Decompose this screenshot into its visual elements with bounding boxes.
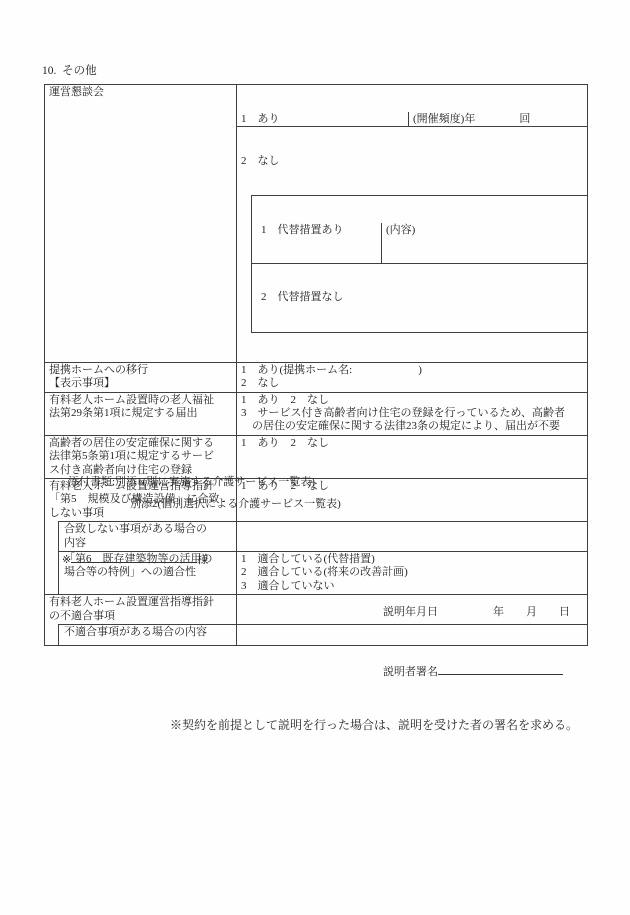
alternative-measure-ari: 1 代替措置あり [252, 223, 381, 263]
council-option-ari-row: 1 あり (開催頻度)年 回 [237, 112, 587, 127]
nonconformity-content-field [237, 625, 587, 645]
indent-strip [45, 521, 59, 594]
contract-footnote: ※契約を前提として説明を行った場合は、説明を受けた者の署名を求める。 [170, 719, 578, 732]
explainer-signature-label: 説明者署名 [383, 666, 438, 678]
council-option-nashi: 2 なし [237, 154, 587, 169]
partner-home-label: 提携ホームへの移行 【表示事項】 [45, 363, 237, 392]
recipient-underline [71, 551, 197, 563]
guideline-nonconformity-label: 有料老人ホーム設置運営指導指針 の不適合事項 [45, 595, 237, 624]
row-senior-housing-registration: 高齢者の居住の安定確保に関する 法律第5条第1項に規定するサービ ス付き高齢者向… [45, 435, 587, 478]
attachments-line2: 別添2(個別選択による介護サービス一覧表) [130, 498, 341, 511]
row-welfare-law-notification: 有料老人ホーム設置時の老人福祉 法第29条第1項に規定する届出 1 あり 2 な… [45, 392, 587, 435]
article6-conformity-options: 1 適合している(代替措置) 2 適合している(将来の改善計画) 3 適合してい… [237, 552, 587, 594]
row-nonconformity-content: 不適合事項がある場合の内容 [59, 624, 587, 645]
senior-housing-options: 1 あり 2 なし [237, 436, 587, 478]
alternative-measures-subtable: 1 代替措置あり (内容) 2 代替措置なし [251, 195, 587, 332]
section-title: 10. その他 [42, 65, 97, 78]
indent-rows: 不適合事項がある場合の内容 [59, 624, 587, 645]
explainer-signature-line: 説明者署名 [383, 663, 563, 679]
alternative-measure-nashi: 2 代替措置なし [252, 291, 587, 305]
alternative-measure-ari-row: 1 代替措置あり (内容) [252, 223, 587, 264]
attachments-line1: 添付書類:別添1(別に実施する介護サービス一覧表) [68, 476, 315, 489]
mismatch-content-field [237, 522, 587, 551]
mismatch-content-label: 合致しない事項がある場合の 内容 [59, 522, 237, 551]
recipient-line: ※様 [62, 551, 208, 567]
row-management-council: 運営懇談会 1 あり (開催頻度)年 回 2 なし 1 代替措置あり (内容) … [45, 85, 587, 362]
welfare-law-label: 有料老人ホーム設置時の老人福祉 法第29条第1項に規定する届出 [45, 393, 237, 435]
welfare-law-options: 1 あり 2 なし 3 サービス付き高齢者向け住宅の登録を行っているため、高齢者… [237, 393, 587, 435]
alternative-measure-content-field: (内容) [381, 223, 587, 263]
council-frequency-field: (開催頻度)年 回 [408, 112, 587, 126]
council-label: 運営懇談会 [45, 85, 237, 362]
senior-housing-label: 高齢者の居住の安定確保に関する 法律第5条第1項に規定するサービ ス付き高齢者向… [45, 436, 237, 478]
council-content: 1 あり (開催頻度)年 回 2 なし 1 代替措置あり (内容) 2 代替措置… [237, 85, 587, 362]
recipient-prefix: ※ [62, 554, 71, 566]
indent-strip [45, 624, 59, 645]
row-mismatch-content: 合致しない事項がある場合の 内容 [59, 521, 587, 551]
nonconformity-content-label: 不適合事項がある場合の内容 [59, 625, 237, 645]
council-option-ari: 1 あり [237, 112, 408, 126]
recipient-honorific: 様 [197, 554, 208, 566]
explanation-date-line: 説明年月日 年 月 日 [383, 606, 570, 619]
nonconformity-subgroup: 不適合事項がある場合の内容 [45, 624, 587, 645]
partner-home-options: 1 あり(提携ホーム名: ) 2 なし [237, 363, 587, 392]
signature-underline [438, 663, 563, 675]
row-partner-home-transfer: 提携ホームへの移行 【表示事項】 1 あり(提携ホーム名: ) 2 なし [45, 362, 587, 392]
document-page: 10. その他 運営懇談会 1 あり (開催頻度)年 回 2 なし 1 代替措置… [0, 0, 630, 915]
